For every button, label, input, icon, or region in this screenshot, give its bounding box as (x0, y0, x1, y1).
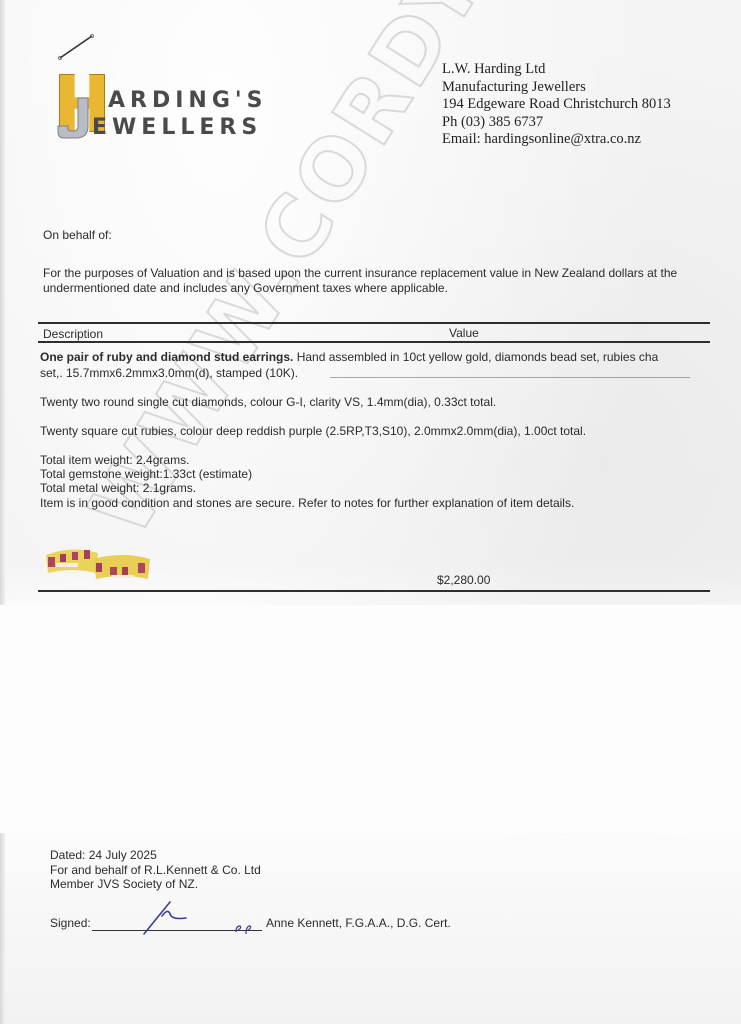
item-diamonds: Twenty two round single cut diamonds, co… (40, 395, 496, 410)
item-title: One pair of ruby and diamond stud earrin… (40, 350, 293, 364)
table-bottom-rule (38, 590, 710, 592)
earrings-photo (42, 543, 158, 583)
table-header-rule (38, 341, 710, 343)
item-description-rest: Hand assembled in 10ct yellow gold, diam… (293, 350, 658, 364)
handwritten-signature-icon (140, 896, 270, 936)
company-name: L.W. Harding Ltd (442, 61, 671, 79)
signer-name: Anne Kennett, F.G.A.A., D.G. Cert. (266, 916, 451, 930)
logo-text-jewellers: EWELLERS (92, 115, 262, 140)
page-edge (0, 0, 5, 1024)
purpose-line-1: For the purposes of Valuation and is bas… (43, 266, 677, 281)
item-rubies: Twenty square cut rubies, colour deep re… (40, 424, 586, 439)
valuation-footer: Dated: 24 July 2025 For and behalf of R.… (50, 848, 261, 892)
column-header-description: Description (43, 327, 103, 342)
on-behalf-company: For and behalf of R.L.Kennett & Co. Ltd (50, 863, 261, 878)
item-metal-weight: Total metal weight: 2.1grams. (40, 481, 196, 496)
logo-text-hardings: ARDING'S (108, 88, 267, 113)
logo-j-letter (56, 96, 96, 140)
item-value: $2,280.00 (437, 573, 490, 588)
blank-area (0, 605, 741, 833)
dated: Dated: 24 July 2025 (50, 848, 261, 863)
scan-artifact-line (330, 377, 690, 378)
company-tagline: Manufacturing Jewellers (442, 79, 671, 97)
item-gemstone-weight: Total gemstone weight:1.33ct (estimate) (40, 467, 252, 482)
company-phone: Ph (03) 385 6737 (442, 114, 671, 132)
on-behalf-label: On behalf of: (43, 228, 112, 243)
company-email: Email: hardingsonline@xtra.co.nz (442, 131, 671, 149)
item-description-line-2: set,. 15.7mmx6.2mmx3.0mm(d), stamped (10… (40, 366, 298, 381)
item-total-weight: Total item weight: 2.4grams. (40, 453, 189, 468)
signed-label: Signed: (50, 916, 91, 930)
company-address: 194 Edgeware Road Christchurch 8013 (442, 96, 671, 114)
item-description-line-1: One pair of ruby and diamond stud earrin… (40, 350, 658, 365)
hardings-jewellers-logo: ARDING'S EWELLERS (50, 70, 290, 160)
company-address-block: L.W. Harding Ltd Manufacturing Jewellers… (442, 61, 671, 149)
item-condition: Item is in good condition and stones are… (40, 496, 574, 511)
column-header-value: Value (449, 326, 479, 341)
pen-mark-icon (56, 33, 96, 61)
membership: Member JVS Society of NZ. (50, 877, 261, 892)
table-top-rule (38, 322, 710, 324)
purpose-line-2: undermentioned date and includes any Gov… (43, 281, 677, 296)
valuation-purpose: For the purposes of Valuation and is bas… (43, 266, 677, 296)
